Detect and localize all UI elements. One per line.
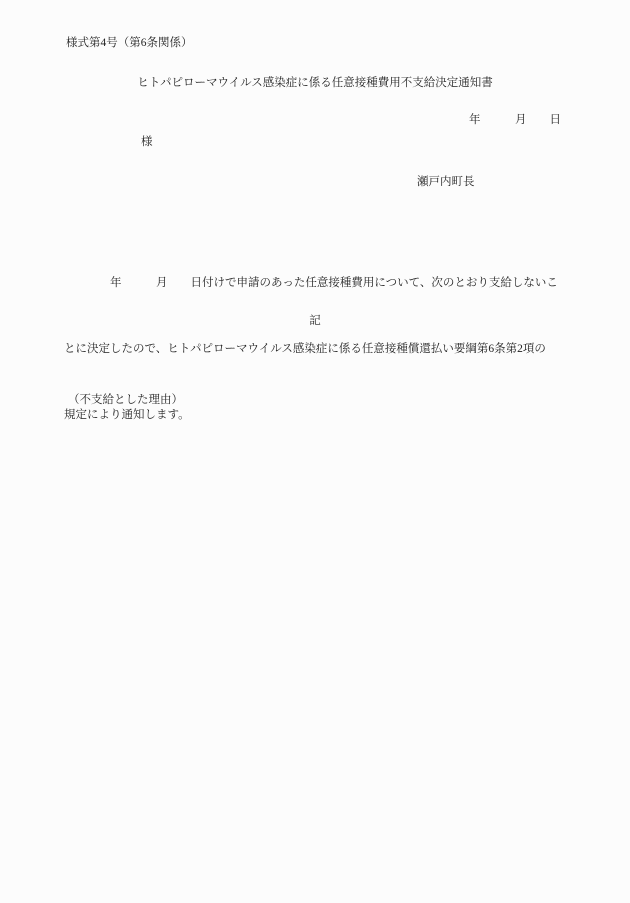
document-title: ヒトパピローマウイルス感染症に係る任意接種費用不支給決定通知書: [0, 76, 630, 91]
body-paragraph: 年 月 日付けで申請のあった任意接種費用について、次のとおり支給しないこ とに決…: [64, 228, 572, 470]
reason-for-nonpayment-label: （不支給とした理由）: [68, 393, 183, 408]
body-line-2: とに決定したので、ヒトパピローマウイルス感染症に係る任意接種償還払い要綱第6条第…: [64, 338, 572, 360]
document-page: 様式第4号（第6条関係） ヒトパピローマウイルス感染症に係る任意接種費用不支給決…: [0, 0, 630, 903]
form-number-label: 様式第4号（第6条関係）: [66, 36, 193, 51]
sender-title: 瀬戸内町長: [417, 175, 475, 190]
date-blank-line: 年 月 日: [469, 113, 561, 128]
body-line-1: 年 月 日付けで申請のあった任意接種費用について、次のとおり支給しないこ: [64, 272, 572, 294]
section-marker-ki: 記: [0, 314, 630, 329]
addressee-suffix: 様: [141, 135, 153, 150]
